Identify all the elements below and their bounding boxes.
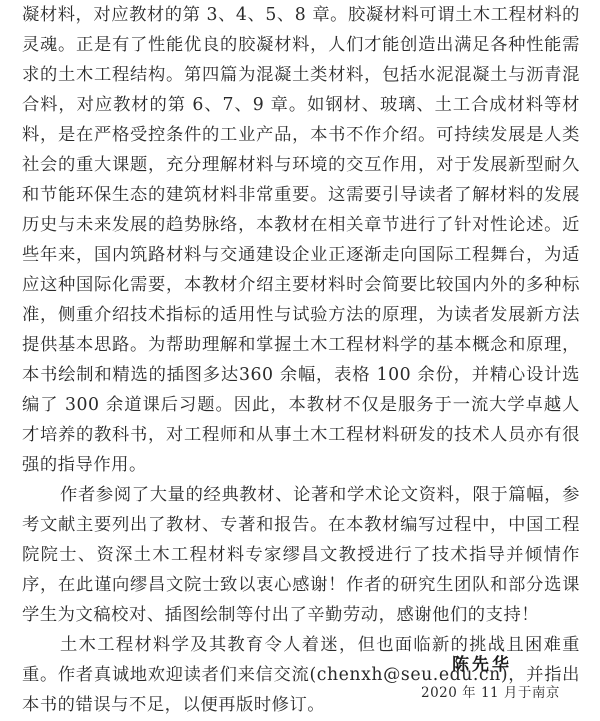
author-signature: 陈先华 <box>452 650 512 675</box>
paragraph-acknowledgements: 作者参阅了大量的经典教材、论著和学术论文资料，限于篇幅，参考文献主要列出了教材、… <box>22 480 580 630</box>
preface-body: 凝材料，对应教材的第 3、4、5、8 章。胶凝材料可谓土木工程材料的灵魂。正是有… <box>22 0 580 720</box>
paragraph-materials-overview: 凝材料，对应教材的第 3、4、5、8 章。胶凝材料可谓土木工程材料的灵魂。正是有… <box>22 0 580 480</box>
signature-date-place: 2020 年 11 月于南京 <box>421 681 560 701</box>
paragraph-feedback-invitation: 土木工程材料学及其教育令人着迷，但也面临新的挑战且困难重重。作者真诚地欢迎读者们… <box>22 630 580 720</box>
